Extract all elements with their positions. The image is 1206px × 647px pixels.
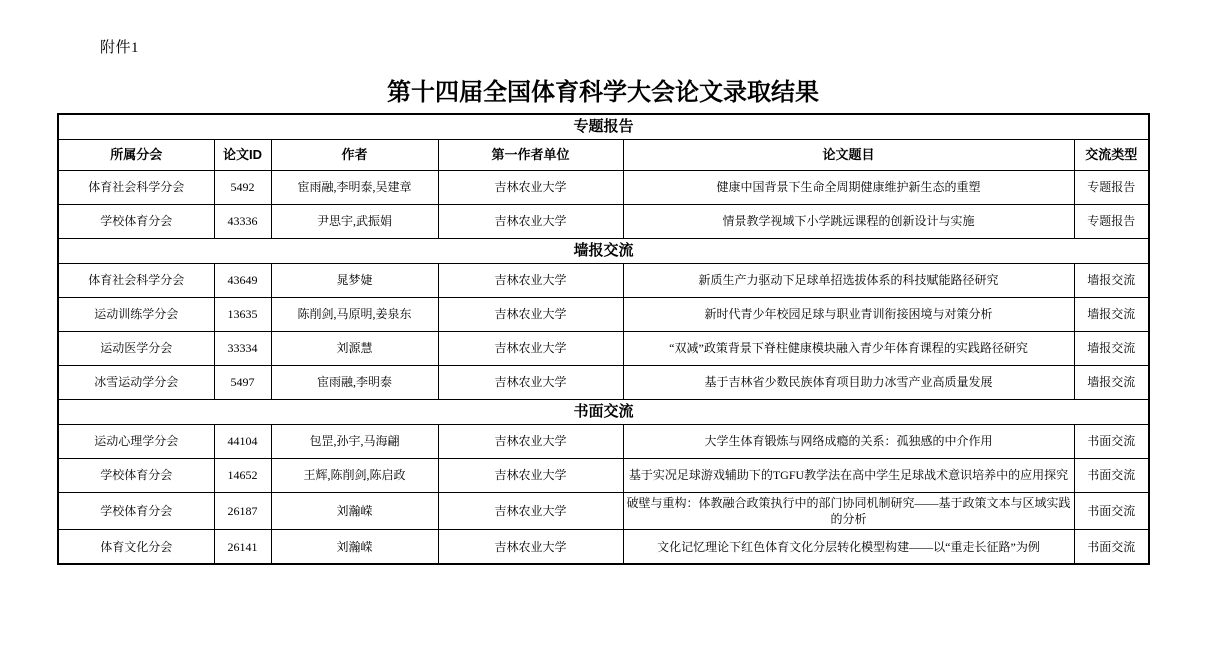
cell-paper-title: 文化记忆理论下红色体育文化分层转化模型构建——以“重走长征路”为例	[623, 530, 1074, 565]
section-title: 书面交流	[58, 400, 1149, 425]
cell-paper-id: 26141	[214, 530, 271, 565]
cell-paper-title: 健康中国背景下生命全周期健康维护新生态的重塑	[623, 171, 1074, 205]
section-title: 墙报交流	[58, 239, 1149, 264]
cell-first-author-unit: 吉林农业大学	[438, 493, 623, 530]
cell-authors: 宦雨融,李明泰,吴建章	[271, 171, 438, 205]
section-row: 专题报告	[58, 114, 1149, 140]
cell-authors: 包罡,孙宇,马海翩	[271, 425, 438, 459]
cell-paper-id: 5492	[214, 171, 271, 205]
cell-paper-id: 33334	[214, 332, 271, 366]
cell-paper-title: 新质生产力驱动下足球单招选拔体系的科技赋能路径研究	[623, 264, 1074, 298]
cell-exchange-type: 墙报交流	[1074, 264, 1149, 298]
cell-paper-id: 14652	[214, 459, 271, 493]
cell-authors: 王辉,陈削剑,陈启政	[271, 459, 438, 493]
cell-first-author-unit: 吉林农业大学	[438, 205, 623, 239]
cell-division: 运动训练学分会	[58, 298, 214, 332]
results-table-body: 专题报告所属分会论文ID作者第一作者单位论文题目交流类型体育社会科学分会5492…	[58, 114, 1149, 564]
cell-exchange-type: 书面交流	[1074, 493, 1149, 530]
cell-division: 体育社会科学分会	[58, 171, 214, 205]
column-header: 论文题目	[623, 140, 1074, 171]
cell-first-author-unit: 吉林农业大学	[438, 332, 623, 366]
column-header-row: 所属分会论文ID作者第一作者单位论文题目交流类型	[58, 140, 1149, 171]
table-row: 运动训练学分会13635陈削剑,马原明,姜泉东吉林农业大学新时代青少年校园足球与…	[58, 298, 1149, 332]
cell-paper-id: 43336	[214, 205, 271, 239]
cell-paper-title: 基于实况足球游戏辅助下的TGFU教学法在高中学生足球战术意识培养中的应用探究	[623, 459, 1074, 493]
cell-division: 运动心理学分会	[58, 425, 214, 459]
column-header: 交流类型	[1074, 140, 1149, 171]
cell-first-author-unit: 吉林农业大学	[438, 366, 623, 400]
cell-exchange-type: 墙报交流	[1074, 366, 1149, 400]
cell-division: 体育文化分会	[58, 530, 214, 565]
cell-first-author-unit: 吉林农业大学	[438, 425, 623, 459]
column-header: 所属分会	[58, 140, 214, 171]
cell-paper-id: 44104	[214, 425, 271, 459]
table-row: 体育文化分会26141刘瀚嵘吉林农业大学文化记忆理论下红色体育文化分层转化模型构…	[58, 530, 1149, 565]
cell-authors: 尹思宇,武振娟	[271, 205, 438, 239]
results-table: 专题报告所属分会论文ID作者第一作者单位论文题目交流类型体育社会科学分会5492…	[57, 113, 1150, 565]
document-page: 附件1 第十四届全国体育科学大会论文录取结果 专题报告所属分会论文ID作者第一作…	[0, 0, 1206, 647]
cell-exchange-type: 专题报告	[1074, 205, 1149, 239]
table-row: 体育社会科学分会5492宦雨融,李明泰,吴建章吉林农业大学健康中国背景下生命全周…	[58, 171, 1149, 205]
section-row: 墙报交流	[58, 239, 1149, 264]
section-row: 书面交流	[58, 400, 1149, 425]
cell-paper-id: 43649	[214, 264, 271, 298]
column-header: 第一作者单位	[438, 140, 623, 171]
table-row: 体育社会科学分会43649晁梦婕吉林农业大学新质生产力驱动下足球单招选拔体系的科…	[58, 264, 1149, 298]
cell-exchange-type: 书面交流	[1074, 459, 1149, 493]
section-title: 专题报告	[58, 114, 1149, 140]
table-row: 冰雪运动学分会5497宦雨融,李明泰吉林农业大学基于吉林省少数民族体育项目助力冰…	[58, 366, 1149, 400]
cell-first-author-unit: 吉林农业大学	[438, 264, 623, 298]
cell-paper-title: 大学生体育锻炼与网络成瘾的关系：孤独感的中介作用	[623, 425, 1074, 459]
cell-paper-id: 13635	[214, 298, 271, 332]
page-title: 第十四届全国体育科学大会论文录取结果	[0, 72, 1206, 107]
cell-authors: 宦雨融,李明泰	[271, 366, 438, 400]
cell-first-author-unit: 吉林农业大学	[438, 530, 623, 565]
table-row: 学校体育分会14652王辉,陈削剑,陈启政吉林农业大学基于实况足球游戏辅助下的T…	[58, 459, 1149, 493]
cell-paper-title: 基于吉林省少数民族体育项目助力冰雪产业高质量发展	[623, 366, 1074, 400]
column-header: 作者	[271, 140, 438, 171]
cell-first-author-unit: 吉林农业大学	[438, 459, 623, 493]
cell-exchange-type: 墙报交流	[1074, 298, 1149, 332]
attachment-label: 附件1	[100, 36, 139, 57]
cell-division: 体育社会科学分会	[58, 264, 214, 298]
cell-division: 学校体育分会	[58, 459, 214, 493]
cell-first-author-unit: 吉林农业大学	[438, 298, 623, 332]
cell-exchange-type: 专题报告	[1074, 171, 1149, 205]
cell-division: 冰雪运动学分会	[58, 366, 214, 400]
cell-first-author-unit: 吉林农业大学	[438, 171, 623, 205]
cell-paper-title: 新时代青少年校园足球与职业青训衔接困境与对策分析	[623, 298, 1074, 332]
cell-exchange-type: 书面交流	[1074, 530, 1149, 565]
cell-paper-title: 破壁与重构：体教融合政策执行中的部门协同机制研究——基于政策文本与区域实践的分析	[623, 493, 1074, 530]
cell-authors: 陈削剑,马原明,姜泉东	[271, 298, 438, 332]
cell-division: 运动医学分会	[58, 332, 214, 366]
cell-authors: 晁梦婕	[271, 264, 438, 298]
column-header: 论文ID	[214, 140, 271, 171]
table-row: 运动心理学分会44104包罡,孙宇,马海翩吉林农业大学大学生体育锻炼与网络成瘾的…	[58, 425, 1149, 459]
table-row: 运动医学分会33334刘源慧吉林农业大学“双减”政策背景下脊柱健康模块融入青少年…	[58, 332, 1149, 366]
cell-paper-id: 5497	[214, 366, 271, 400]
cell-paper-id: 26187	[214, 493, 271, 530]
cell-division: 学校体育分会	[58, 493, 214, 530]
cell-authors: 刘瀚嵘	[271, 493, 438, 530]
table-row: 学校体育分会26187刘瀚嵘吉林农业大学破壁与重构：体教融合政策执行中的部门协同…	[58, 493, 1149, 530]
cell-paper-title: “双减”政策背景下脊柱健康模块融入青少年体育课程的实践路径研究	[623, 332, 1074, 366]
cell-paper-title: 情景教学视域下小学跳远课程的创新设计与实施	[623, 205, 1074, 239]
cell-authors: 刘瀚嵘	[271, 530, 438, 565]
cell-exchange-type: 书面交流	[1074, 425, 1149, 459]
table-row: 学校体育分会43336尹思宇,武振娟吉林农业大学情景教学视域下小学跳远课程的创新…	[58, 205, 1149, 239]
cell-authors: 刘源慧	[271, 332, 438, 366]
cell-exchange-type: 墙报交流	[1074, 332, 1149, 366]
cell-division: 学校体育分会	[58, 205, 214, 239]
